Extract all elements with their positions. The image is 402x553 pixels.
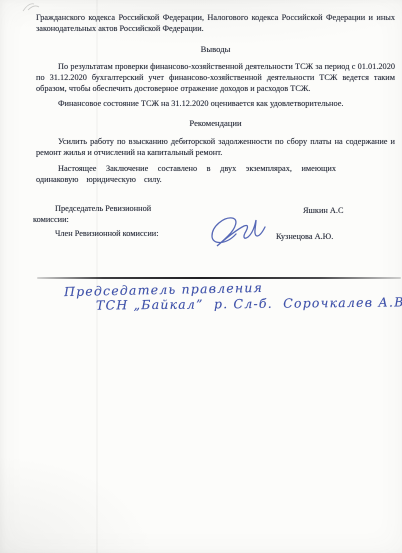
intro-paragraph: Гражданского кодекса Российской Федераци… xyxy=(36,12,395,34)
recommendations-heading: Рекомендации xyxy=(36,118,395,129)
signatory-name-chairman: Яшкин А.С xyxy=(303,205,344,216)
signatory-name-member: Кузнецова А.Ю. xyxy=(276,231,333,242)
recommendations-paragraph-2: Настоящее Заключение составлено в двух э… xyxy=(36,163,336,185)
conclusions-heading: Выводы xyxy=(36,44,395,55)
scanned-document-page: Гражданского кодекса Российской Федераци… xyxy=(0,0,402,553)
scan-crease-line xyxy=(37,277,401,279)
handwritten-note-line-2: ТСН „Байкал” р. Сл-б. Сорочкалев А.В. xyxy=(96,294,402,312)
recommendations-paragraph-1: Усилить работу по взысканию дебиторской … xyxy=(36,136,395,158)
signatory-role-chairman: Председатель Ревизионной комиссии: xyxy=(33,203,165,225)
member-signature-ink xyxy=(202,209,270,251)
conclusions-paragraph-1: По результатам проверки финансово-хозяйс… xyxy=(36,61,395,94)
conclusions-paragraph-2: Финансовое состояние ТСЖ на 31.12.2020 о… xyxy=(36,98,395,109)
